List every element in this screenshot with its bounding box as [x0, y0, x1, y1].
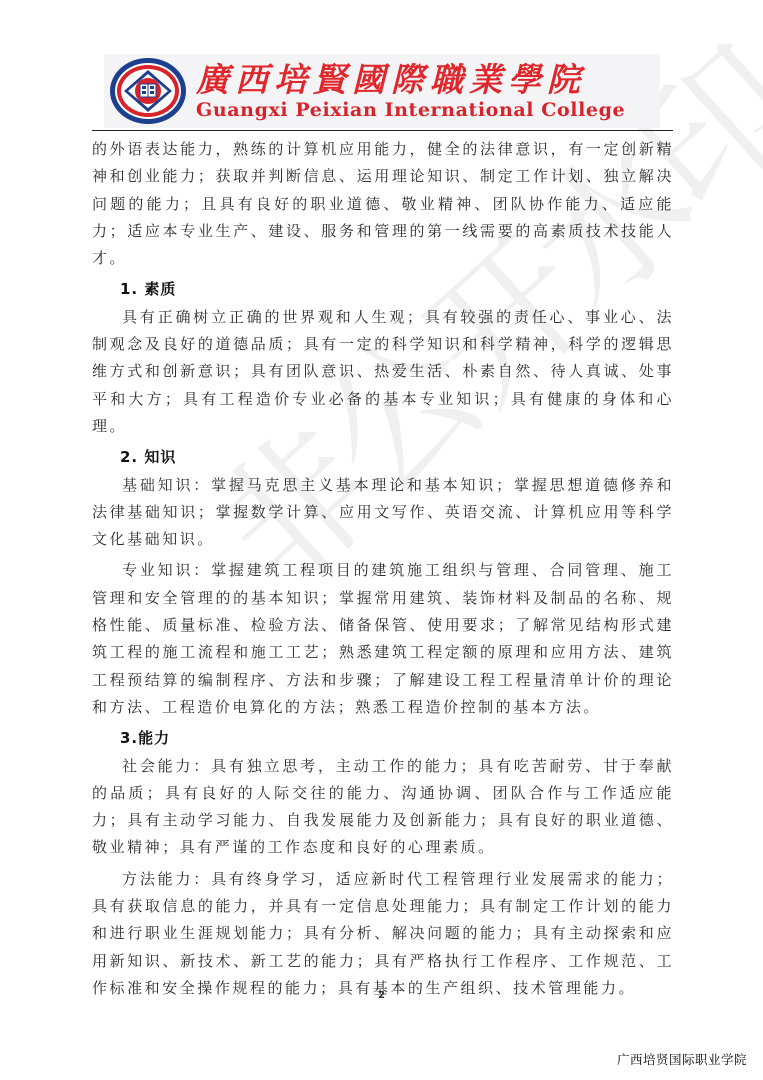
paragraph-quality: 具有正确树立正确的世界观和人生观；具有较强的责任心、事业心、法制观念及良好的道德…: [92, 304, 674, 440]
page-number: 2: [378, 990, 385, 1001]
paragraph-method-ability: 方法能力：具有终身学习，适应新时代工程管理行业发展需求的能力；具有获取信息的能力…: [92, 866, 674, 1002]
intro-paragraph: 的外语表达能力，熟练的计算机应用能力，健全的法律意识，有一定创新精神和创业能力；…: [92, 136, 674, 272]
document-body: 的外语表达能力，熟练的计算机应用能力，健全的法律意识，有一定创新精神和创业能力；…: [92, 136, 674, 1002]
section-heading-ability: 3.能力: [92, 725, 674, 752]
school-name-cn: 廣西培賢國際職業學院: [196, 61, 625, 99]
paragraph-professional-knowledge: 专业知识：掌握建筑工程项目的建筑施工组织与管理、合同管理、施工管理和安全管理的的…: [92, 557, 674, 721]
footer-school-name: 广西培贤国际职业学院: [617, 1050, 747, 1068]
school-logo-icon: [108, 56, 188, 126]
header-banner: 廣西培賢國際職業學院 Guangxi Peixian International…: [104, 54, 660, 128]
paragraph-social-ability: 社会能力：具有独立思考，主动工作的能力；具有吃苦耐劳、甘于奉献的品质；具有良好的…: [92, 753, 674, 862]
paragraph-basic-knowledge: 基础知识：掌握马克思主义基本理论和基本知识；掌握思想道德修养和法律基础知识；掌握…: [92, 472, 674, 554]
section-heading-quality: 1. 素质: [92, 276, 674, 303]
section-heading-knowledge: 2. 知识: [92, 444, 674, 471]
header-separator: [92, 130, 673, 131]
school-name-en: Guangxi Peixian International College: [196, 99, 625, 121]
